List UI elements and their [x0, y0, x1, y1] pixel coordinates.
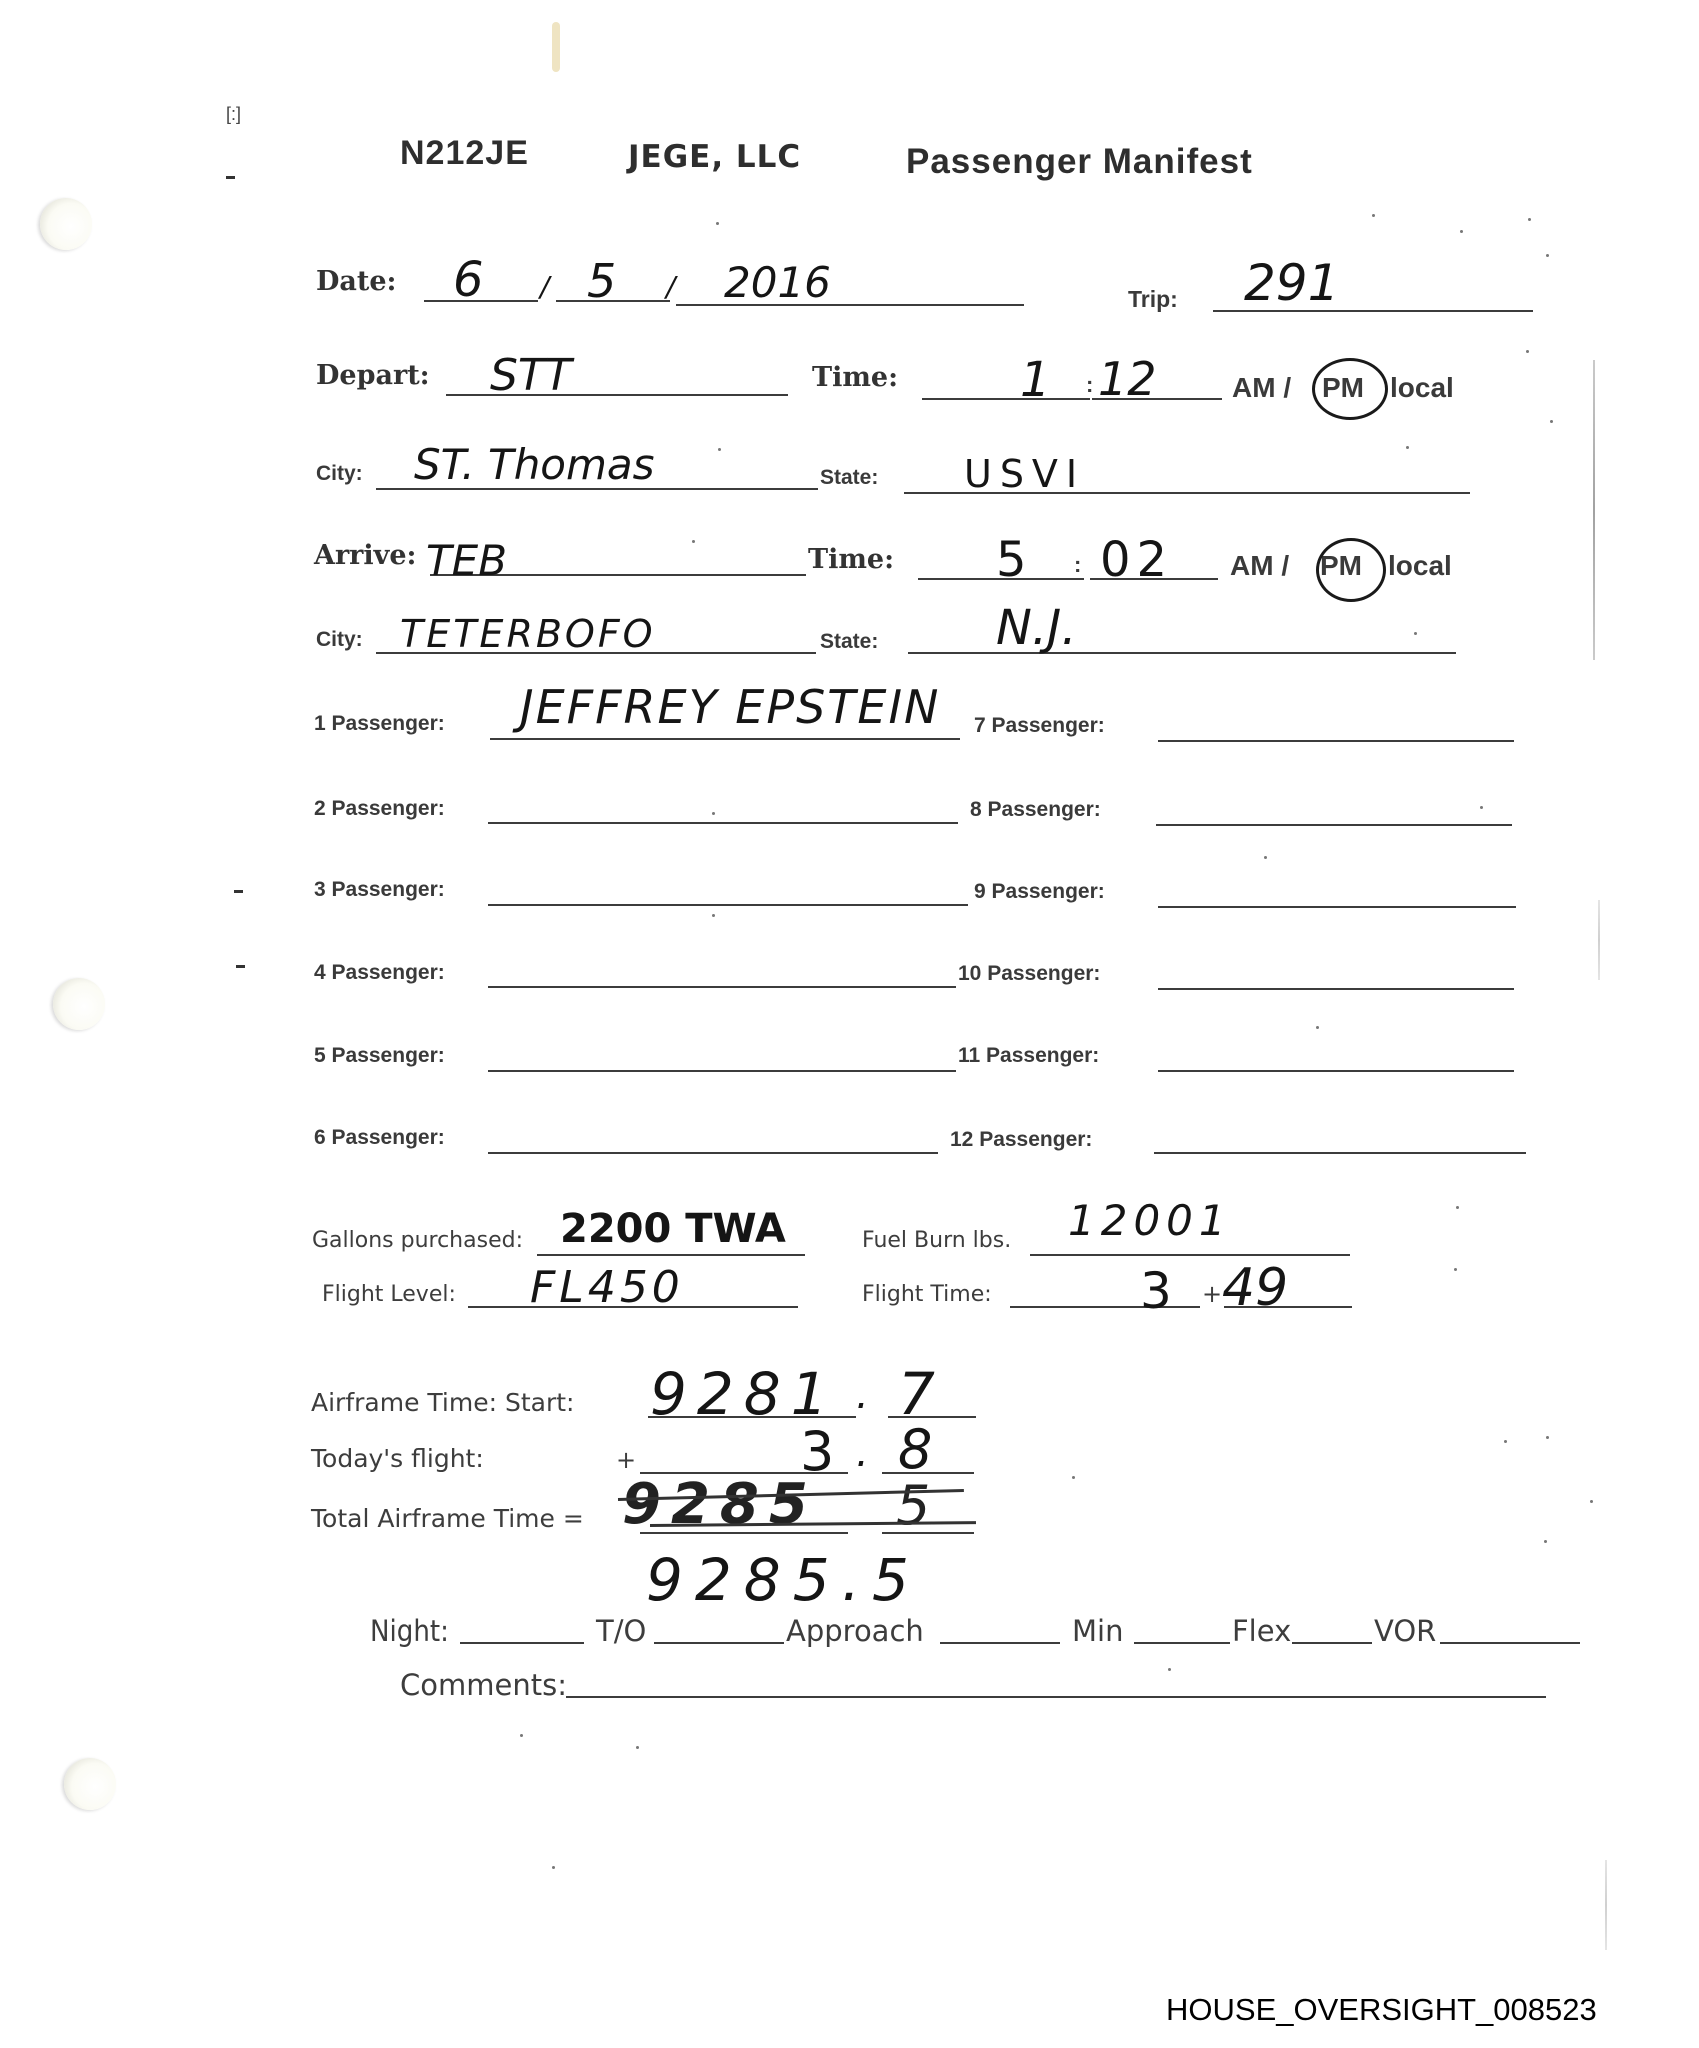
passenger-2-label: 2 Passenger:: [314, 797, 445, 821]
todays-flight-label: Today's flight:: [311, 1444, 484, 1473]
scan-edge-line: [1605, 1860, 1607, 1950]
passenger-1-line: [490, 738, 960, 740]
speck: [718, 448, 721, 451]
passenger-5-label: 5 Passenger:: [314, 1044, 445, 1068]
speck: [1168, 1668, 1171, 1671]
date-label: Date:: [316, 266, 397, 297]
fuel-burn-field[interactable]: 12001: [1068, 1196, 1232, 1245]
min-line[interactable]: [1134, 1642, 1230, 1644]
speck: [1526, 350, 1529, 353]
speck: [520, 1734, 523, 1737]
to-label: T/O: [596, 1614, 646, 1648]
to-line[interactable]: [654, 1642, 784, 1644]
company-name: JEGE, LLC: [628, 139, 801, 175]
passenger-10-label: 10 Passenger:: [958, 962, 1100, 986]
speck: [1590, 1500, 1593, 1503]
decimal-point: .: [856, 1372, 869, 1418]
vor-line[interactable]: [1440, 1642, 1580, 1644]
passenger-9-line[interactable]: [1158, 906, 1516, 908]
hole-punch-top: [40, 198, 92, 250]
passenger-1-field[interactable]: JEFFREY EPSTEIN: [520, 680, 940, 734]
arrive-time-label: Time:: [808, 544, 894, 575]
date-separator: /: [666, 270, 675, 303]
passenger-1-label: 1 Passenger:: [314, 712, 445, 736]
total-airframe-label: Total Airframe Time =: [311, 1504, 584, 1533]
speck: [1406, 446, 1409, 449]
gallons-line: [537, 1254, 805, 1256]
hole-punch-bottom: [64, 1758, 116, 1810]
total-struck-tenth: 5: [896, 1474, 930, 1537]
passenger-8-label: 8 Passenger:: [970, 798, 1101, 822]
depart-state-field[interactable]: USVI: [964, 452, 1085, 496]
staple-mark: [552, 22, 560, 72]
night-label: Night:: [370, 1614, 449, 1648]
flex-label: Flex: [1232, 1614, 1291, 1648]
passenger-12-label: 12 Passenger:: [950, 1128, 1092, 1152]
arrive-state-label: State:: [820, 630, 878, 654]
passenger-12-line[interactable]: [1154, 1152, 1526, 1154]
comments-line[interactable]: [566, 1696, 1546, 1698]
stray-mark: [234, 890, 243, 893]
time-colon: :: [1074, 552, 1081, 578]
speck: [1528, 218, 1531, 221]
airframe-start-whole-field[interactable]: 9281: [650, 1360, 838, 1428]
speck: [1454, 1268, 1457, 1271]
scan-edge-line: [1593, 360, 1595, 660]
flight-level-label: Flight Level:: [322, 1282, 456, 1307]
speck: [1480, 806, 1483, 809]
speck: [692, 540, 695, 543]
depart-hour-field[interactable]: 1: [1020, 352, 1051, 408]
arrive-city-label: City:: [316, 628, 363, 652]
speck: [1372, 214, 1375, 217]
arrive-hour-field[interactable]: 5: [996, 532, 1027, 588]
stray-mark: [:]: [226, 104, 241, 125]
speck: [712, 812, 715, 815]
fuel-burn-label: Fuel Burn lbs.: [862, 1228, 1011, 1253]
speck: [1550, 420, 1553, 423]
total-struck-whole: 9285: [622, 1472, 818, 1537]
passenger-3-label: 3 Passenger:: [314, 878, 445, 902]
depart-city-field[interactable]: ST. Thomas: [414, 440, 655, 489]
depart-hour-line: [922, 398, 1090, 400]
speck: [716, 222, 719, 225]
passenger-4-label: 4 Passenger:: [314, 961, 445, 985]
speck: [712, 914, 715, 917]
flex-line[interactable]: [1292, 1642, 1372, 1644]
speck: [1316, 1026, 1319, 1029]
passenger-4-line[interactable]: [488, 986, 956, 988]
vor-label: VOR: [1374, 1614, 1436, 1648]
stray-mark: [226, 176, 235, 179]
arrive-minute-field[interactable]: 02: [1100, 532, 1173, 588]
scan-edge-line: [1598, 900, 1600, 980]
date-year-field[interactable]: 2016: [724, 258, 831, 307]
date-month-field[interactable]: 6: [453, 252, 484, 308]
flight-time-plus: +: [1202, 1280, 1222, 1308]
arrive-state-field[interactable]: N.J.: [996, 600, 1077, 656]
passenger-8-line[interactable]: [1156, 824, 1512, 826]
today-tenth-field[interactable]: 8: [898, 1418, 932, 1481]
trip-label: Trip:: [1128, 286, 1178, 313]
passenger-3-line[interactable]: [488, 904, 968, 906]
arrive-state-line: [908, 652, 1456, 654]
approach-label: Approach: [786, 1614, 924, 1648]
speck: [552, 1866, 555, 1869]
passenger-5-line[interactable]: [488, 1070, 956, 1072]
min-label: Min: [1072, 1614, 1123, 1648]
gallons-field[interactable]: 2200 TWA: [560, 1206, 786, 1252]
speck: [1414, 632, 1417, 635]
passenger-7-line[interactable]: [1158, 740, 1514, 742]
passenger-6-line[interactable]: [488, 1152, 938, 1154]
plus-sign: +: [616, 1446, 636, 1474]
passenger-7-label: 7 Passenger:: [974, 714, 1105, 738]
form-title: Passenger Manifest: [906, 142, 1253, 182]
depart-am-label: AM /: [1232, 372, 1291, 404]
trip-field[interactable]: 291: [1244, 254, 1339, 312]
tail-number: N212JE: [400, 134, 529, 173]
passenger-11-label: 11 Passenger:: [958, 1044, 1099, 1068]
arrive-am-label: AM /: [1230, 550, 1289, 582]
speck: [1546, 254, 1549, 257]
passenger-6-label: 6 Passenger:: [314, 1126, 445, 1150]
passenger-11-line[interactable]: [1158, 1070, 1514, 1072]
passenger-10-line[interactable]: [1158, 988, 1514, 990]
depart-pm-circle: [1312, 358, 1388, 420]
bates-number: HOUSE_OVERSIGHT_008523: [1166, 1992, 1597, 2028]
arrive-city-field[interactable]: TETERBOFO: [400, 612, 656, 656]
speck: [1456, 1206, 1459, 1209]
hole-punch-middle: [53, 978, 105, 1030]
depart-time-label: Time:: [812, 362, 898, 393]
night-line[interactable]: [460, 1642, 584, 1644]
arrive-local-label: local: [1388, 550, 1452, 582]
depart-label: Depart:: [316, 360, 430, 391]
depart-minute-field[interactable]: 12: [1098, 352, 1157, 406]
decimal-point: .: [856, 1430, 869, 1476]
passenger-2-line[interactable]: [488, 822, 958, 824]
speck: [1072, 1476, 1075, 1479]
speck: [1460, 230, 1463, 233]
time-colon: :: [1086, 372, 1093, 398]
speck: [1544, 1540, 1547, 1543]
flight-time-label: Flight Time:: [862, 1282, 992, 1307]
date-separator: /: [540, 270, 549, 303]
speck: [1264, 856, 1267, 859]
arrive-field[interactable]: TEB: [426, 536, 507, 585]
depart-city-label: City:: [316, 462, 363, 486]
approach-line[interactable]: [940, 1642, 1060, 1644]
total-corrected-field[interactable]: 9285.5: [646, 1546, 921, 1614]
comments-label: Comments:: [400, 1668, 567, 1702]
flight-time-minutes-field[interactable]: 49: [1222, 1258, 1288, 1318]
flight-time-hours-field[interactable]: 3: [1140, 1262, 1172, 1320]
gallons-label: Gallons purchased:: [312, 1228, 523, 1253]
flight-level-field[interactable]: FL450: [530, 1262, 684, 1313]
speck: [1546, 1436, 1549, 1439]
passenger-9-label: 9 Passenger:: [974, 880, 1105, 904]
depart-field[interactable]: STT: [490, 350, 572, 401]
depart-local-label: local: [1390, 372, 1454, 404]
speck: [636, 1746, 639, 1749]
speck: [1504, 1440, 1507, 1443]
airframe-start-label: Airframe Time: Start:: [311, 1388, 574, 1417]
fuel-burn-line: [1030, 1254, 1350, 1256]
depart-state-label: State:: [820, 466, 878, 490]
arrive-pm-circle: [1316, 538, 1386, 602]
arrive-label: Arrive:: [314, 540, 417, 571]
stray-mark: [236, 965, 245, 968]
date-day-field[interactable]: 5: [587, 254, 616, 308]
